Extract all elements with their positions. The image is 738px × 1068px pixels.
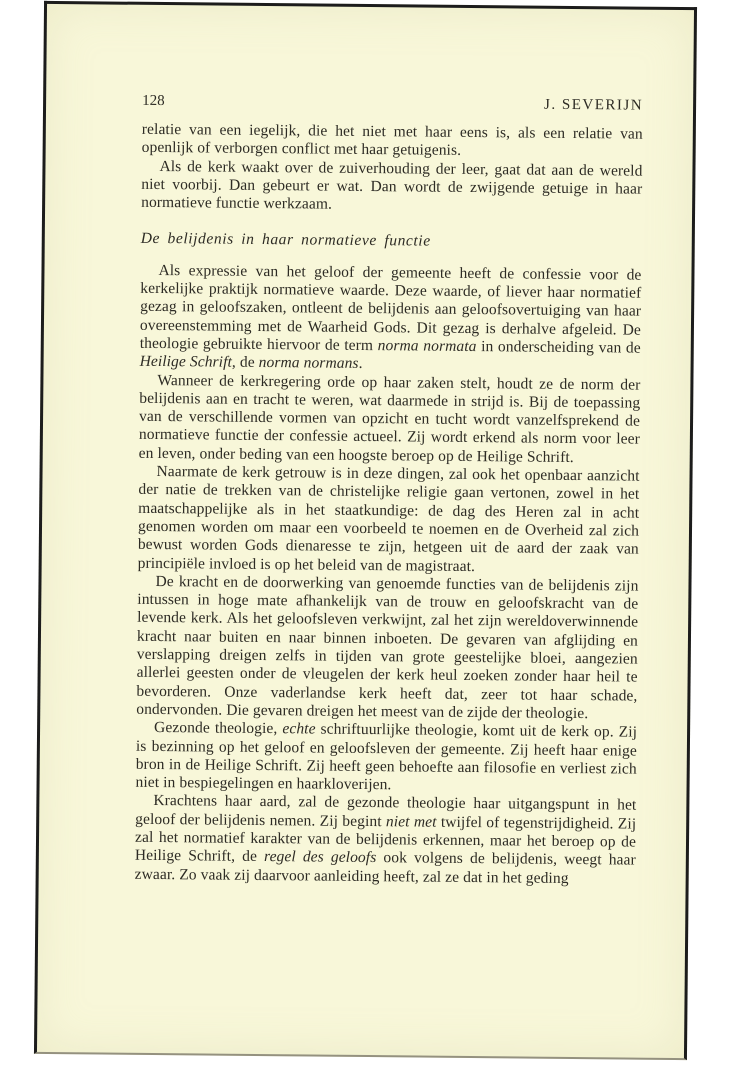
page-body: 128 J. SEVERIJN relatie van een iegelijk…: [39, 4, 694, 889]
section-heading: De belijdenis in haar normatieve functie: [141, 230, 642, 253]
paragraph: relatie van een iegelijk, die het niet m…: [142, 121, 643, 162]
paragraph: Als de kerk waakt over de zuiverhouding …: [141, 157, 643, 217]
paragraph: Als expressie van het geloof der gemeent…: [140, 262, 642, 377]
paragraph: De kracht en de doorwerking van genoemde…: [136, 573, 638, 724]
page-header: 128 J. SEVERIJN: [142, 93, 643, 115]
text-column: relatie van een iegelijk, die het niet m…: [135, 121, 643, 889]
scan-background: 128 J. SEVERIJN relatie van een iegelijk…: [0, 0, 738, 1068]
book-page: 128 J. SEVERIJN relatie van een iegelijk…: [34, 1, 697, 1060]
paragraph: Naarmate de kerk getrouw is in deze ding…: [138, 463, 640, 578]
running-head: J. SEVERIJN: [544, 97, 643, 115]
paragraph: Gezonde theologie, echte schriftuurlijke…: [135, 719, 637, 797]
paragraph: Wanneer de kerkregering orde op haar zak…: [139, 371, 641, 467]
page-number: 128: [142, 93, 165, 110]
paragraph: Krachtens haar aard, zal de gezonde theo…: [135, 792, 637, 888]
